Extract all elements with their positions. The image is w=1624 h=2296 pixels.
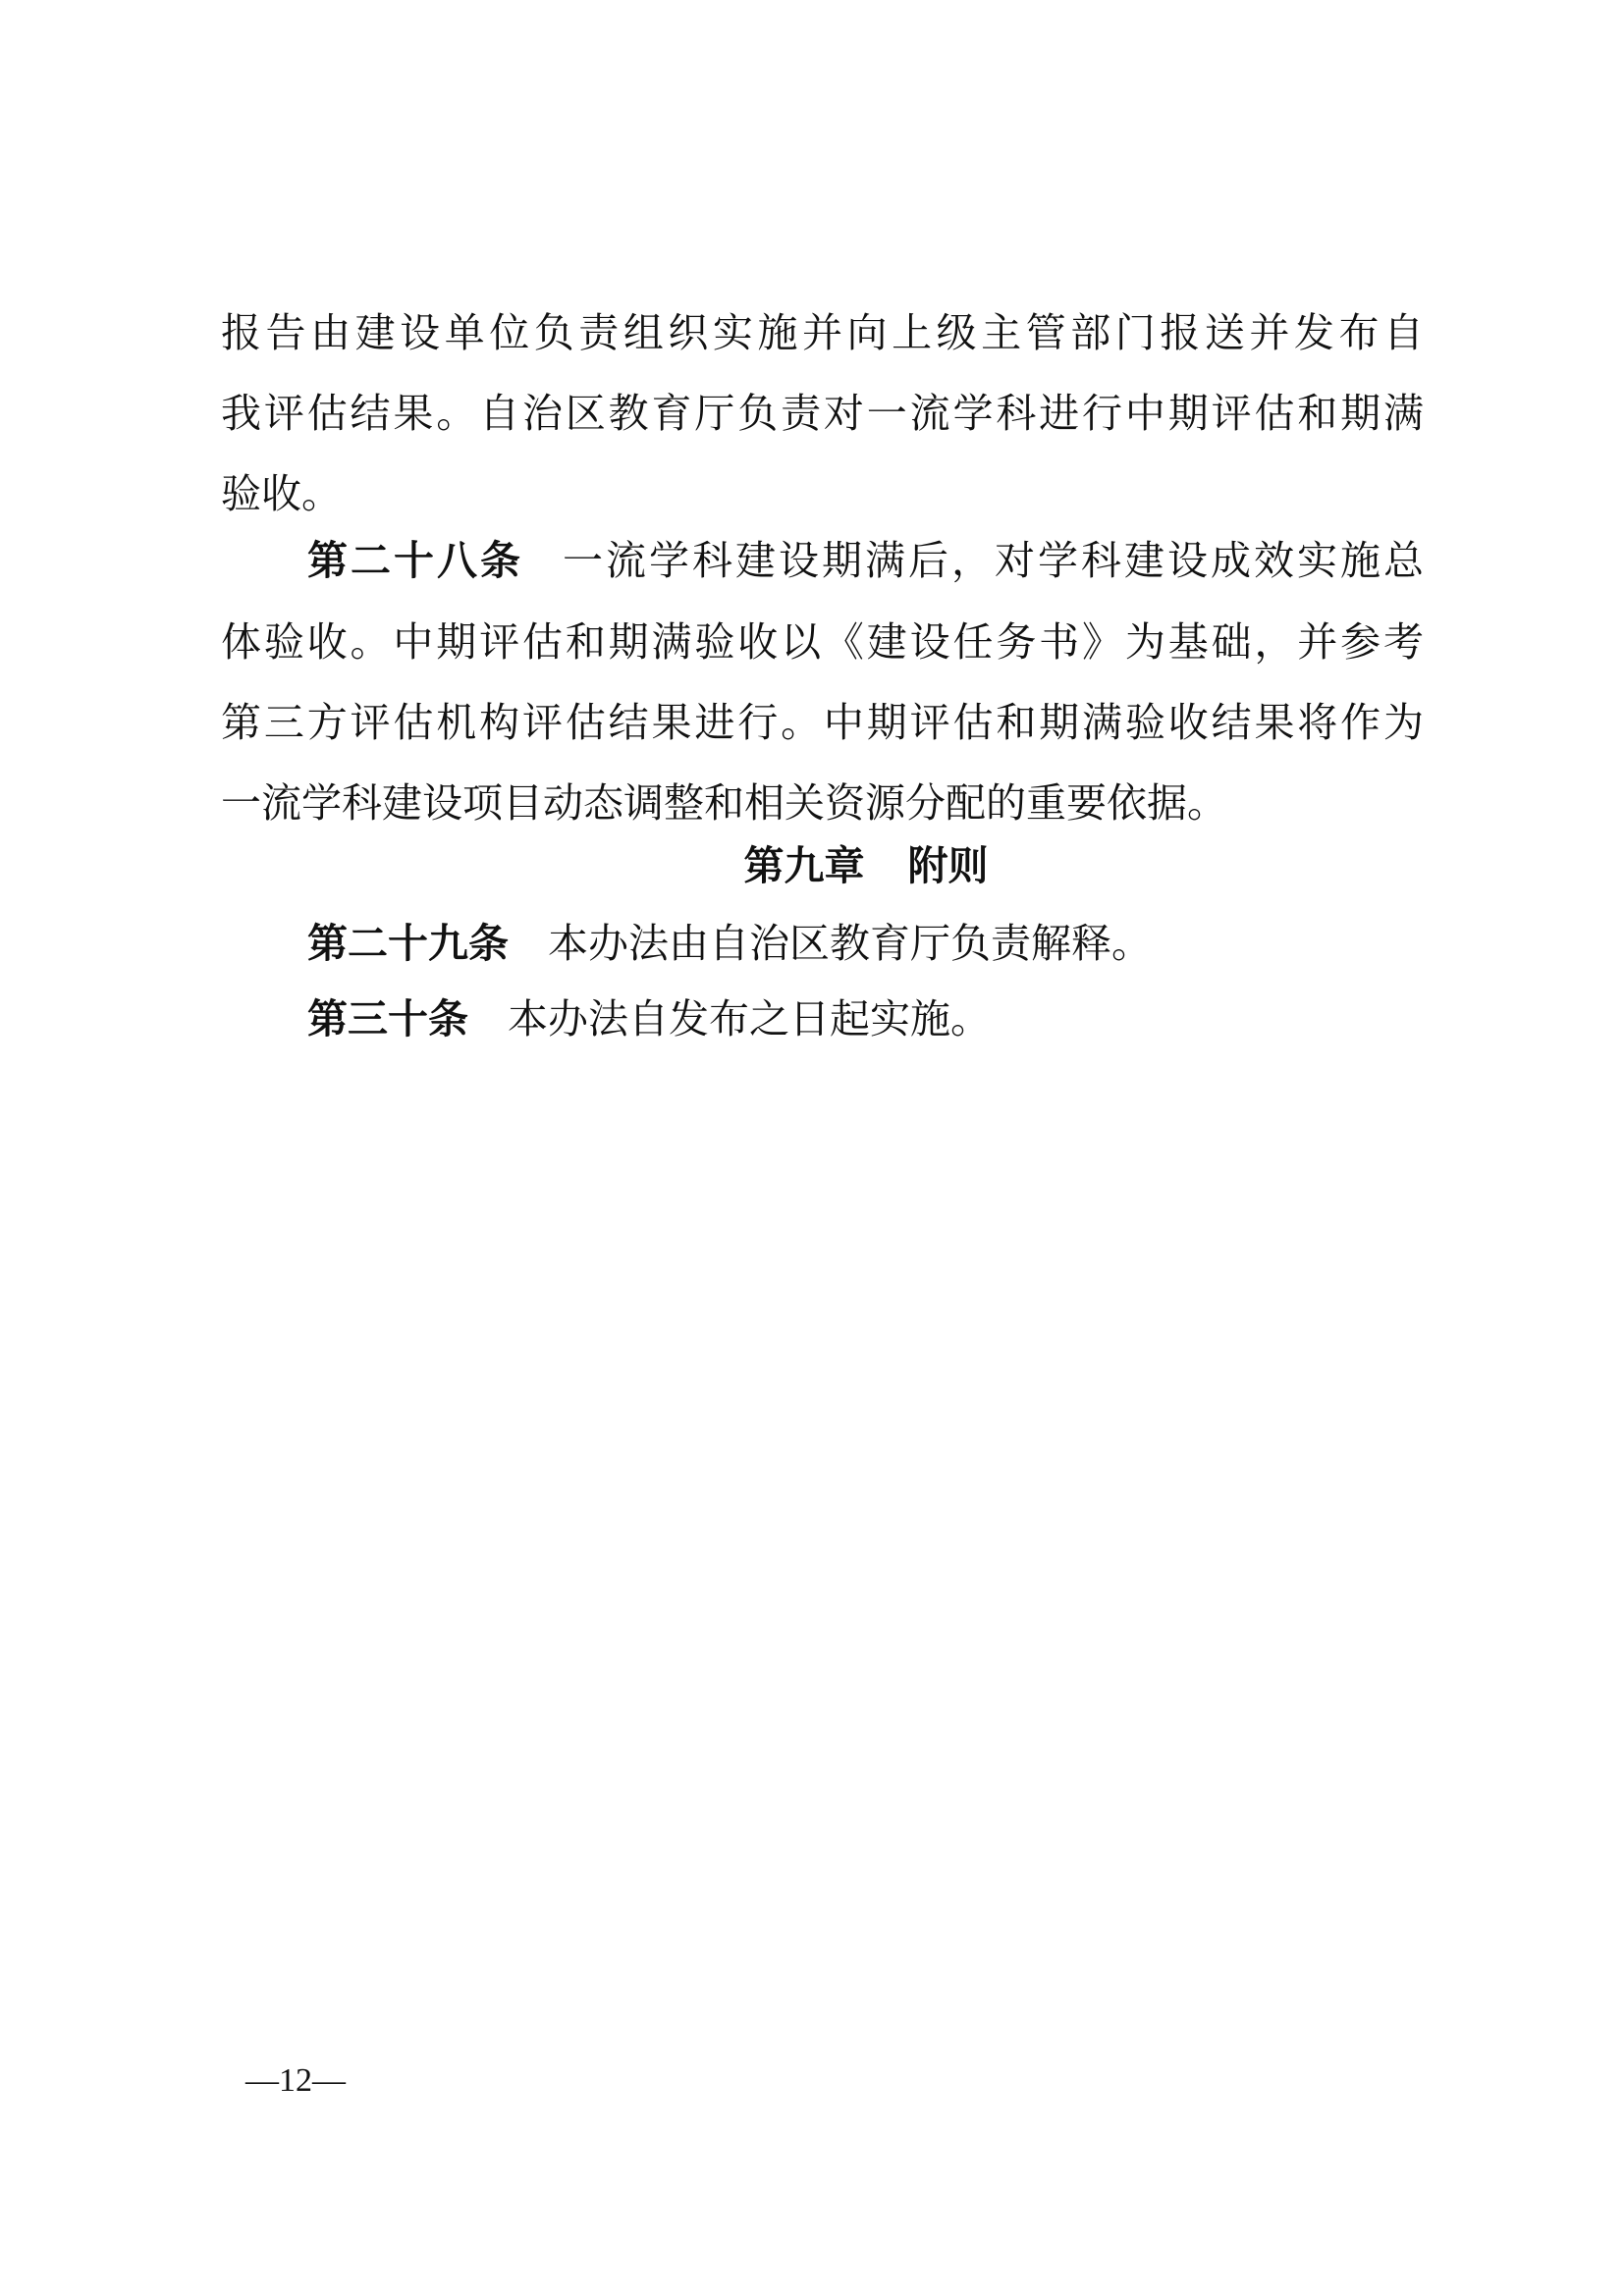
paragraph-line-3: 验收。 (221, 464, 1424, 523)
article-30-text: 本办法自发布之日起实施。 (508, 995, 991, 1042)
article-30-number: 第三十条 (307, 995, 468, 1042)
article-28-line-2: 体验收。中期评估和期满验收以《建设任务书》为基础，并参考 (221, 613, 1424, 671)
article-28-line-3: 第三方评估机构评估结果进行。中期评估和期满验收结果将作为 (221, 693, 1424, 752)
paragraph-line-1: 报告由建设单位负责组织实施并向上级主管部门报送并发布自 (221, 303, 1424, 362)
document-page: 报告由建设单位负责组织实施并向上级主管部门报送并发布自 我评估结果。自治区教育厅… (0, 0, 1624, 2296)
article-29: 第二十九条本办法由自治区教育厅负责解释。 (307, 914, 1424, 973)
chapter-number: 第九章 (744, 842, 865, 889)
article-30: 第三十条本办法自发布之日起实施。 (307, 989, 1424, 1048)
paragraph-line-2: 我评估结果。自治区教育厅负责对一流学科进行中期评估和期满 (221, 384, 1424, 443)
article-28-text-1: 一流学科建设期满后，对学科建设成效实施总 (563, 537, 1424, 584)
article-28-line-4: 一流学科建设项目动态调整和相关资源分配的重要依据。 (221, 774, 1424, 832)
chapter-title: 附则 (908, 842, 989, 889)
article-28-line-1: 第二十八条一流学科建设期满后，对学科建设成效实施总 (307, 531, 1424, 590)
page-number: —12— (245, 2059, 346, 2103)
article-29-number: 第二十九条 (307, 920, 509, 967)
chapter-heading: 第九章附则 (714, 836, 1018, 895)
article-28-number: 第二十八条 (307, 537, 523, 584)
article-29-text: 本办法由自治区教育厅负责解释。 (548, 920, 1152, 967)
